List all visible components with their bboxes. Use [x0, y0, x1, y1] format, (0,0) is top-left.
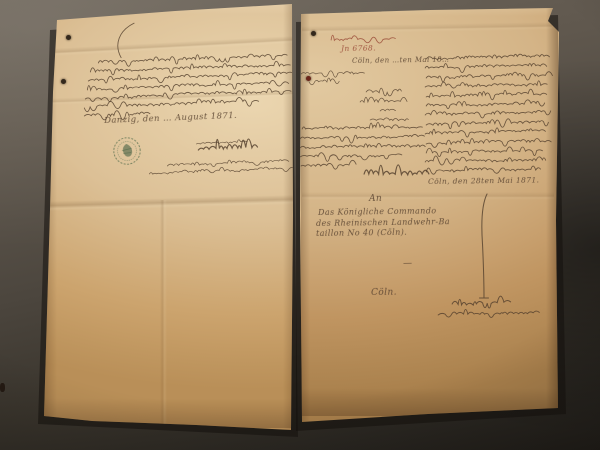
stamp-graphic: [110, 134, 144, 168]
handwriting-text-line: Cöln.: [371, 288, 397, 298]
handwriting-script-line: [309, 73, 335, 91]
handwriting-script-line: [364, 164, 428, 183]
punch-hole: [66, 35, 71, 40]
handwriting-text-line: Das Königliche Commando: [318, 206, 437, 217]
punch-hole: [311, 31, 316, 36]
fold-crease-horizontal: [46, 195, 293, 211]
handwriting-script-line: [438, 305, 538, 324]
punch-hole: [61, 79, 66, 84]
handwriting-script-line: [301, 156, 353, 175]
handwriting-text-line: An: [369, 194, 382, 204]
handwriting-text-line: Cöln, den 28ten Mai 1871.: [428, 175, 539, 186]
handwriting-text-line: —: [403, 259, 413, 269]
handwriting-text-line: Jn 6768.: [341, 44, 376, 53]
fold-crease-vertical: [160, 200, 167, 425]
handwriting-text-line: taillon No 40 (Cöln).: [316, 228, 407, 238]
eagle-ink-stamp: [110, 134, 144, 168]
handwriting-text-line: des Rheinischen Landwehr-Ba: [316, 217, 450, 228]
fold-crease-horizontal: [302, 192, 554, 200]
photo-of-documents: Danzig, den … August 1871. Jn 6768.Cöln,…: [0, 0, 600, 450]
ink-bracket-line: [477, 192, 493, 308]
